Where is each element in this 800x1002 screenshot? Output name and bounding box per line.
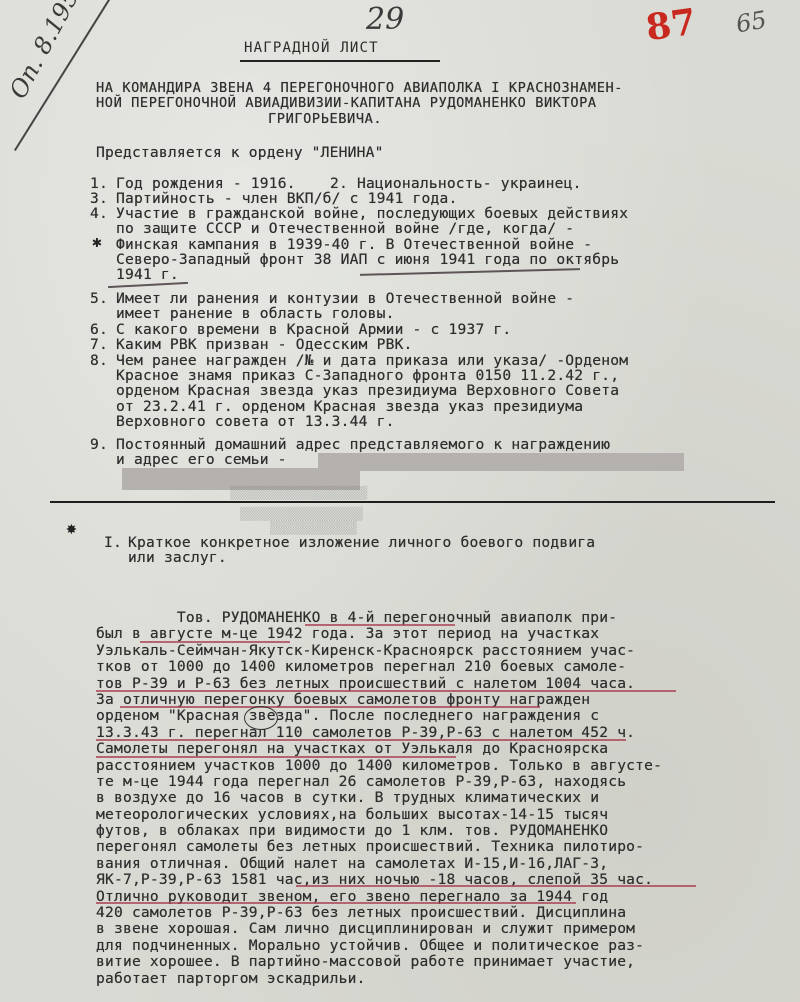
narrative-line: 420 самолетов Р-39,Р-63 без летных проис…	[96, 905, 662, 921]
item-war-participation: 1941 г.	[116, 267, 179, 282]
item-number: 5.	[90, 291, 108, 306]
item-drafted-by: Каким РВК призван - Одесским РВК.	[116, 337, 413, 352]
narrative-line: вания отличная. Общий налет на самолетах…	[96, 856, 662, 872]
item-birth-year: Год рождения - 1916.	[116, 176, 296, 191]
item-nationality: 2. Национальность- украинец.	[330, 176, 582, 191]
narrative-line: в звене хорошая. Сам лично дисциплиниров…	[96, 921, 662, 937]
document-title: НАГРАДНОЙ ЛИСТ	[244, 40, 379, 56]
red-underline	[96, 739, 626, 741]
narrative-line: витие хорошее. В партийно-массовой работ…	[96, 954, 662, 970]
item-war-participation: Участие в гражданской войне, последующих…	[116, 206, 628, 221]
narrative-text: Тов. РУДОМАНЕНКО в 4-й перегоночный авиа…	[96, 610, 662, 987]
item-previous-awards: Красное знамя приказ С-Западного фронта …	[116, 368, 619, 383]
item-army-since: С какого времени в Красной Армии - с 193…	[116, 322, 511, 337]
narrative-line: Уэлькаль-Сеймчан-Якутск-Киренск-Краснояр…	[96, 643, 662, 659]
narrative-line: работает парторгом эскадрильи.	[96, 971, 662, 987]
bleed-through-text: ▒▒▒▒▒▒▒▒▒▒▒▒▒▒▒▒▒▒▒	[230, 486, 367, 500]
heading-line: ГРИГОРЬЕВИЧА.	[268, 112, 382, 127]
page-number-handwritten: 29	[366, 2, 404, 37]
section-number: I.	[104, 535, 122, 550]
item-number: 7.	[90, 337, 108, 352]
bleed-through-text: ▒▒▒▒▒▒▒▒▒▒▒▒▒▒▒▒▒	[240, 507, 363, 521]
section-heading: Краткое конкретное изложение личного бое…	[128, 535, 595, 550]
section-divider	[50, 501, 775, 503]
narrative-line: орденом "Красная звезда". После последне…	[96, 708, 662, 724]
item-previous-awards: орденом Красная звезда указ президиума В…	[116, 383, 619, 398]
narrative-line: расстоянием участков 1000 до 1400 киломе…	[96, 758, 662, 774]
item-number: 9.	[90, 437, 108, 452]
narrative-line: для подчиненных. Морально устойчив. Обще…	[96, 938, 662, 954]
narrative-line: те м-це 1944 года перегнал 26 самолетов …	[96, 774, 662, 790]
nominated-for: Представляется к ордену "ЛЕНИНА"	[96, 145, 384, 160]
item-war-participation: по защите СССР и Отечественной войне /гд…	[116, 221, 574, 236]
red-underline	[305, 624, 455, 626]
heading-line: НОЙ ПЕРЕГОНОЧНОЙ АВИАДИВИЗИИ-КАПИТАНА РУ…	[96, 96, 597, 111]
narrative-line: тков от 1000 до 1400 километров перегнал…	[96, 659, 662, 675]
star-mark-icon: ✸	[66, 518, 77, 539]
item-number: 3.	[90, 191, 108, 206]
red-underline	[96, 690, 676, 692]
item-wounds: Имеет ли ранения и контузии в Отечествен…	[116, 291, 574, 306]
item-party: Партийность - член ВКП/б/ с 1941 года.	[116, 191, 457, 206]
archive-mark-red: 87	[643, 1, 698, 50]
item-number: 6.	[90, 322, 108, 337]
narrative-line: метеорологических условиях,на больших вы…	[96, 807, 662, 823]
red-underline	[96, 756, 456, 758]
star-mark-icon: ✱	[92, 232, 102, 251]
title-underline	[240, 60, 440, 62]
red-underline	[296, 885, 696, 887]
narrative-line: футов, в облаках при видимости до 1 клм.…	[96, 823, 662, 839]
item-war-participation: Финская кампания в 1939-40 г. В Отечеств…	[116, 237, 592, 252]
item-wounds: имеет ранение в область головы.	[116, 306, 395, 321]
redacted-address-block	[318, 453, 684, 471]
item-previous-awards: Верховного совета от 13.3.44 г.	[116, 414, 395, 429]
red-underline	[140, 641, 290, 643]
item-address: и адрес его семьи -	[116, 452, 287, 467]
narrative-line: в воздухе до 16 часов в сутки. В трудных…	[96, 790, 662, 806]
red-underline	[96, 902, 576, 904]
item-address: Постоянный домашний адрес представляемог…	[116, 437, 610, 452]
red-underline	[120, 706, 540, 708]
bleed-through-text: ▒▒▒▒▒▒▒▒▒▒▒▒	[270, 521, 357, 535]
archive-mark-pencil: 65	[734, 6, 769, 39]
item-previous-awards: Чем ранее награжден /№ и дата приказа ил…	[116, 353, 628, 368]
heading-line: НА КОМАНДИРА ЗВЕНА 4 ПЕРЕГОНОЧНОГО АВИАП…	[96, 81, 623, 96]
item-number: 4.	[90, 206, 108, 221]
circled-number-mark	[244, 706, 278, 730]
narrative-line: перегонял самолеты без летных происшеств…	[96, 839, 662, 855]
item-number: 1.	[90, 176, 108, 191]
item-number: 8.	[90, 353, 108, 368]
section-heading: или заслуг.	[128, 550, 227, 565]
item-war-participation: Северо-Западный фронт 38 ИАП с июня 1941…	[116, 252, 619, 267]
item-previous-awards: от 23.2.41 г. орденом Красная звезда ука…	[116, 399, 583, 414]
